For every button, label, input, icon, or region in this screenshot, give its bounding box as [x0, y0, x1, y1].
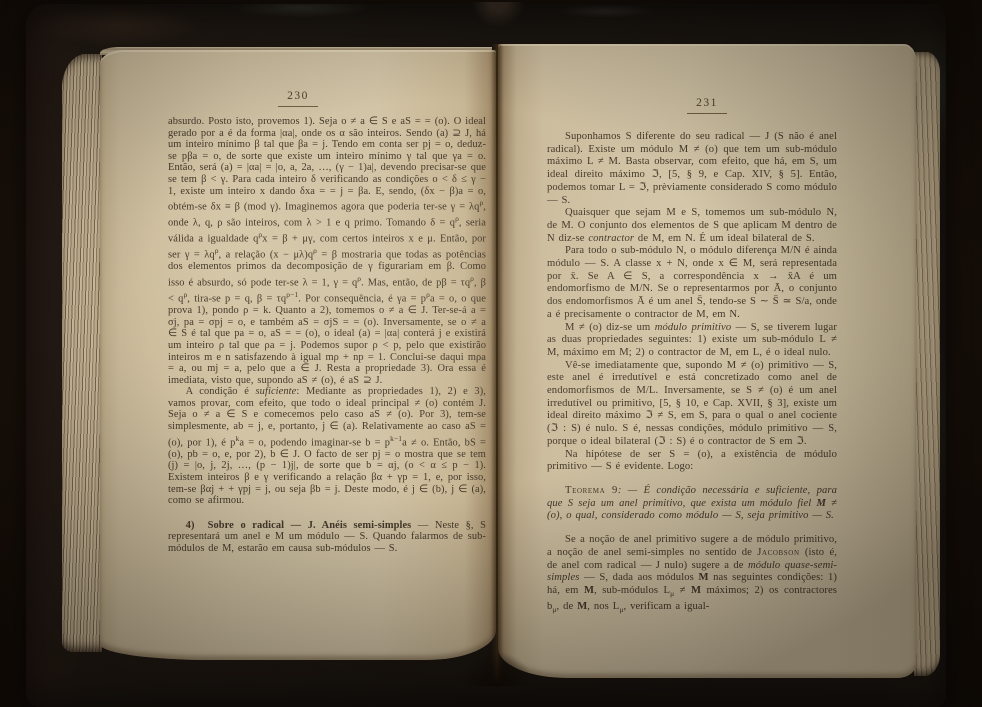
right-page-text: Suponhamos S diferente do seu radical — … — [547, 131, 837, 617]
book-gutter-bottom-shadow — [444, 628, 550, 686]
paragraph: A condição é suficiente: Mediante as pro… — [168, 386, 486, 506]
left-page-number-label: 230 — [278, 90, 318, 107]
paragraph: Suponhamos S diferente do seu radical — … — [547, 131, 837, 207]
paragraph: Para todo o sub-módulo N, o módulo difer… — [547, 245, 837, 321]
paragraph: M ≠ (o) diz-se um módulo primitivo — S, … — [547, 322, 837, 360]
right-page-number: 231 — [498, 97, 916, 114]
paragraph: Quaisquer que sejam M e S, tomemos um su… — [547, 207, 837, 245]
paragraph: absurdo. Posto isto, provemos 1). Seja o… — [168, 116, 486, 386]
paragraph: Vê-se imediatamente que, supondo M ≠ (o)… — [547, 360, 837, 449]
page-edges-left — [62, 54, 102, 652]
left-page-text: absurdo. Posto isto, provemos 1). Seja o… — [168, 116, 486, 554]
right-page-number-label: 231 — [687, 97, 727, 114]
theorem-paragraph: Teorema 9: — É condição necessária e suf… — [547, 485, 837, 523]
right-page: 231 Suponhamos S diferente do seu radica… — [498, 44, 916, 678]
left-page: 230 absurdo. Posto isto, provemos 1). Se… — [100, 50, 496, 660]
section-heading: 4) Sobre o radical — J. Anéis semi-simpl… — [168, 520, 486, 555]
paragraph: Na hipótese de ser S = (o), a existência… — [547, 449, 837, 474]
page-edges-right — [914, 52, 940, 676]
book-gutter-shadow — [491, 44, 503, 684]
book-spine-top — [466, 2, 530, 50]
left-page-number: 230 — [100, 90, 496, 107]
photo-background: 230 absurdo. Posto isto, provemos 1). Se… — [0, 0, 982, 707]
paragraph: Se a noção de anel primitivo sugere a de… — [547, 534, 837, 616]
